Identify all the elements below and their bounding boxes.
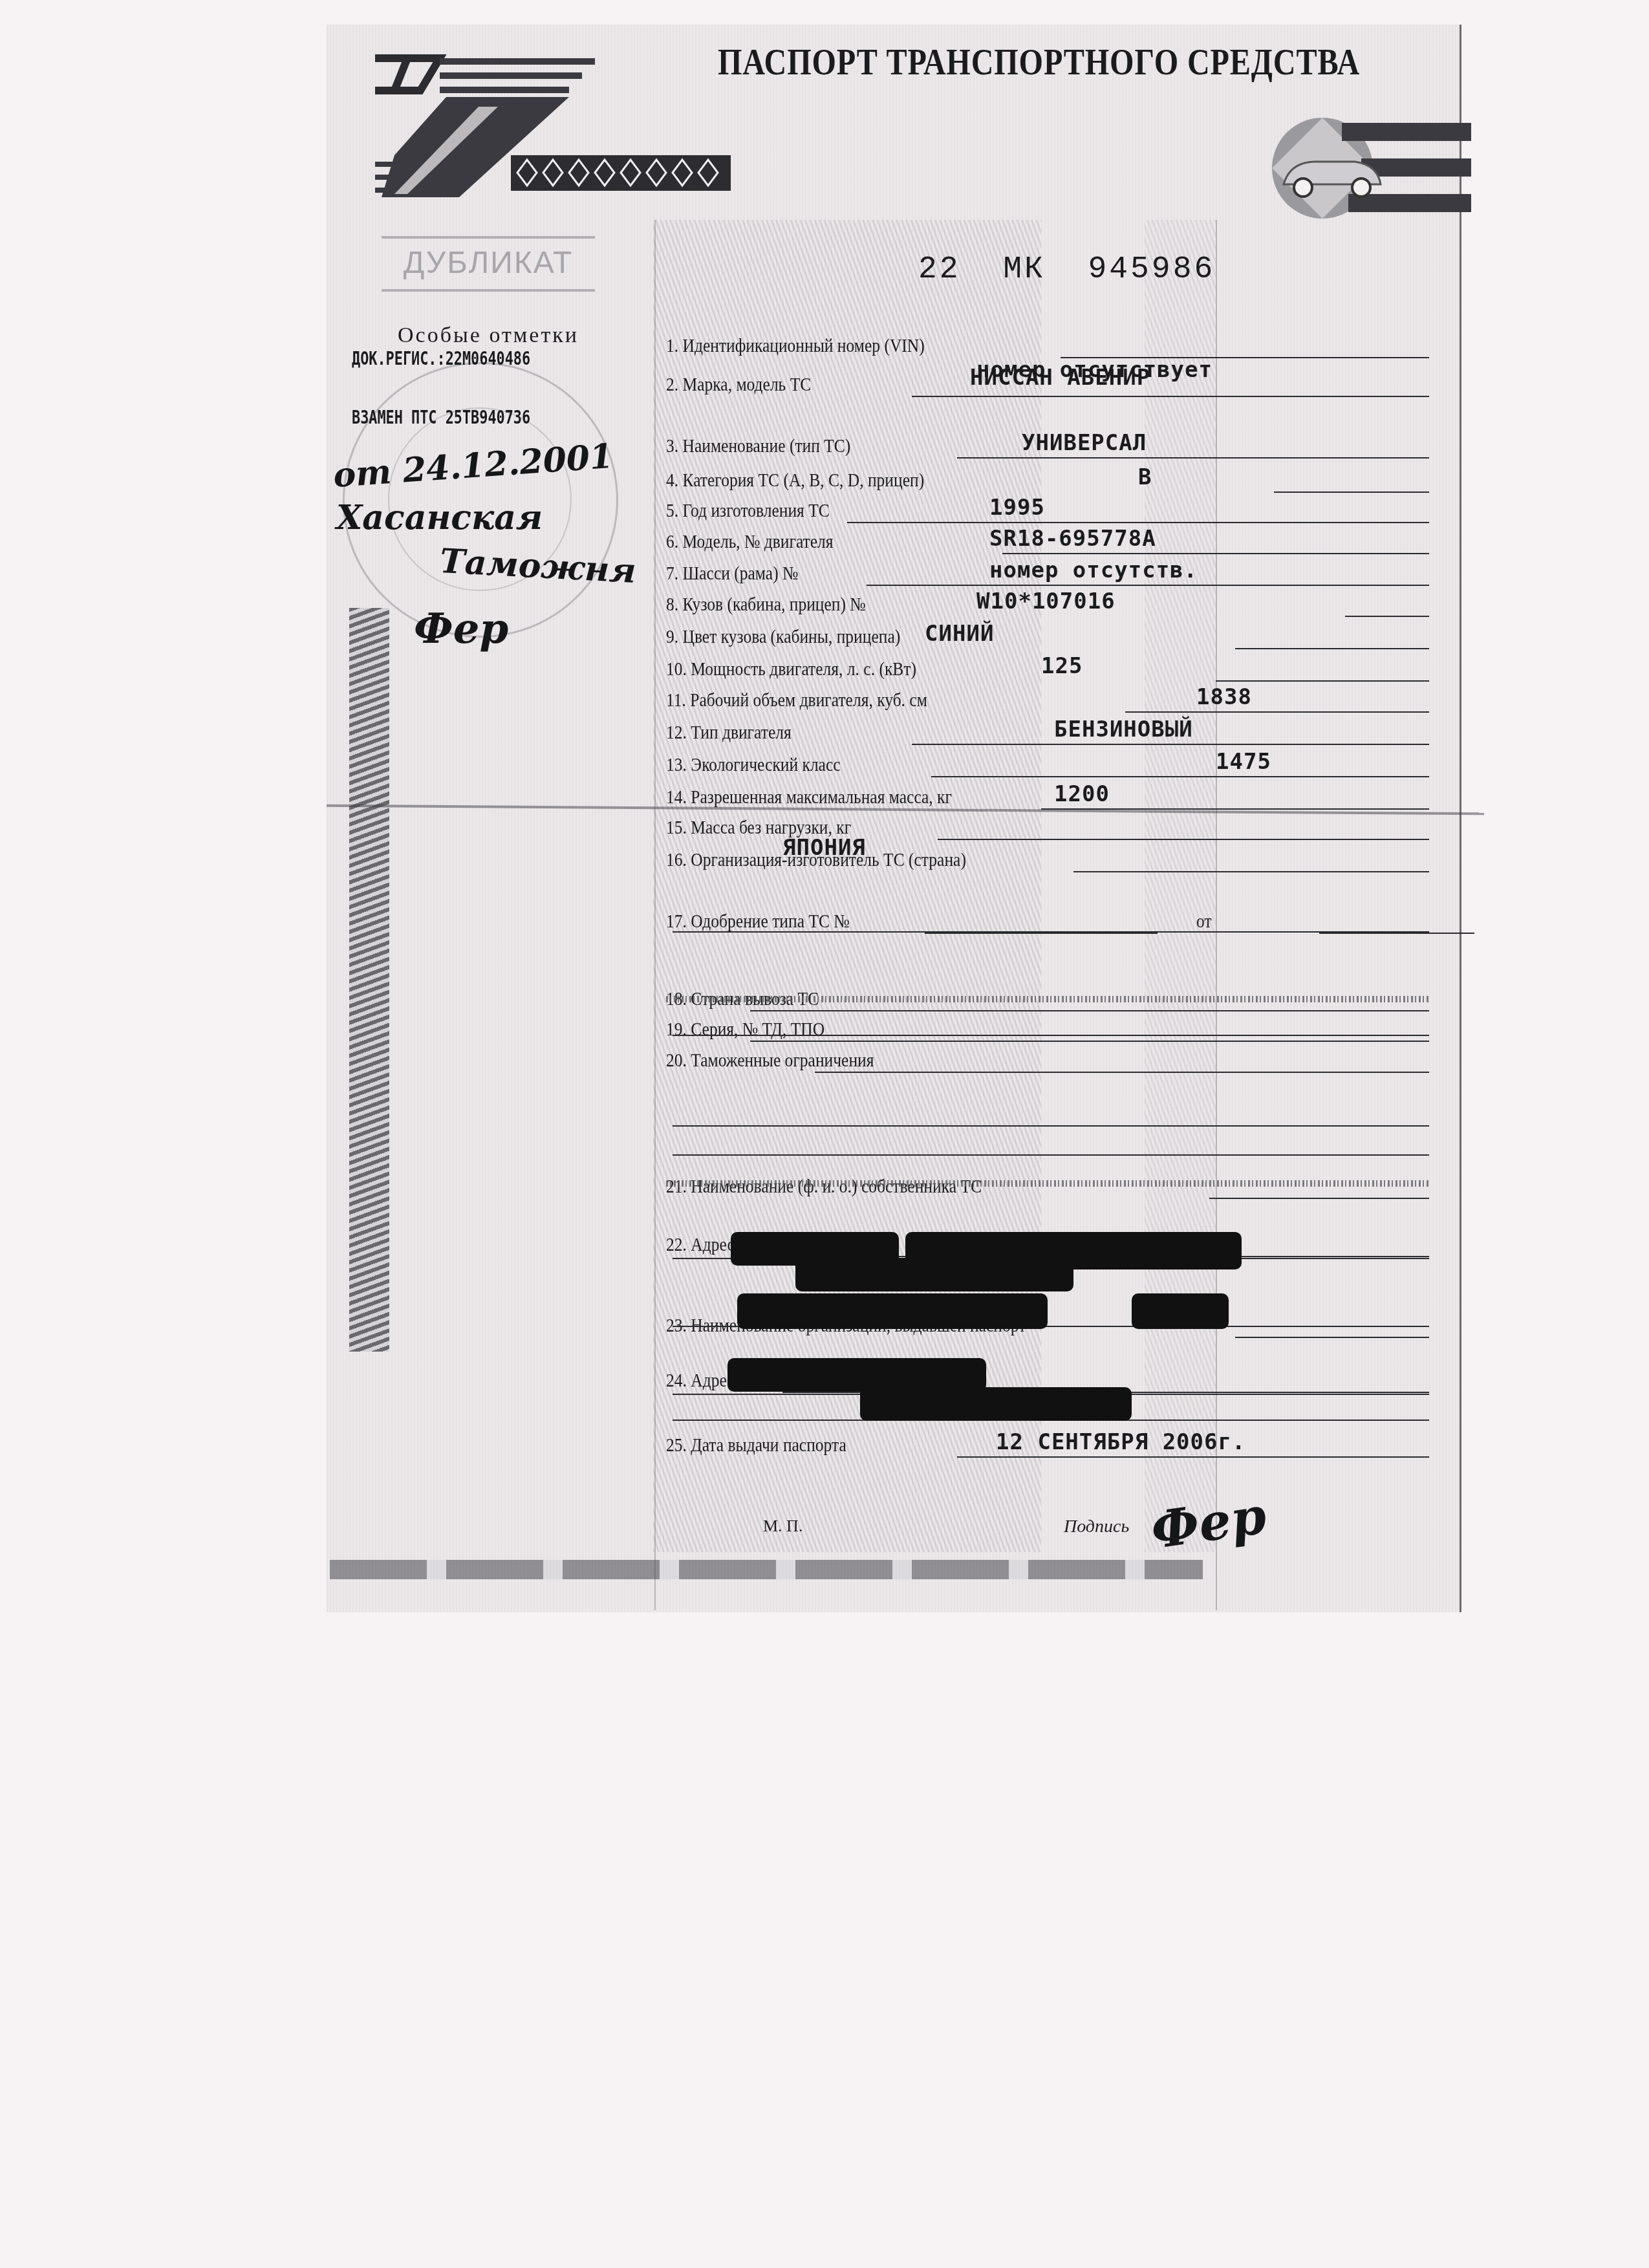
- field-underline: [1125, 711, 1429, 713]
- passport-serial-number: 22 МК 945986: [918, 252, 1215, 287]
- field-label: 24. Адрес: [666, 1370, 735, 1392]
- handwritten-customs-name: Хасанская: [336, 498, 543, 537]
- field-value: 125: [1041, 653, 1083, 679]
- field-underline: [925, 933, 1158, 934]
- field-row-15: 15. Масса без нагрузки, кг: [666, 812, 1429, 843]
- field-row-4: 4. Категория ТС (A, B, C, D, прицеп)B: [666, 464, 1429, 495]
- redaction-block: [931, 1293, 1048, 1329]
- security-pattern-band: [653, 220, 1041, 1552]
- field-value: 1838: [1196, 684, 1252, 710]
- field-underline: [912, 396, 1429, 397]
- field-label: 6. Модель, № двигателя: [666, 532, 834, 553]
- reg-doc-number: ДОК.РЕГИС.:22М0640486: [352, 348, 566, 369]
- field-row-5: 5. Год изготовления ТС1995: [666, 495, 1429, 526]
- field-underline: [1002, 553, 1429, 554]
- field-row-1: 1. Идентификационный номер (VIN)номер от…: [666, 330, 1429, 361]
- field-label: 19. Серия, № ТД, ТПО: [666, 1019, 824, 1041]
- field-underline: [931, 776, 1429, 777]
- field-value: УНИВЕРСАЛ: [1022, 430, 1147, 456]
- field-value: НИССАН АВЕНИР: [970, 365, 1150, 391]
- field-value: SR18-695778A: [989, 526, 1156, 552]
- field-row-13: 13. Экологический класс1475: [666, 749, 1429, 780]
- security-bottom-band: [330, 1560, 1203, 1579]
- field-row-19: 19. Серия, № ТД, ТПО: [666, 1013, 1429, 1044]
- field-value: 1995: [989, 495, 1045, 521]
- field-label: 2. Марка, модель ТС: [666, 374, 811, 396]
- redaction-block: [1132, 1293, 1229, 1329]
- divider-line: [654, 220, 656, 1610]
- field-label: 9. Цвет кузова (кабины, прицепа): [666, 627, 900, 648]
- field-label: 13. Экологический класс: [666, 755, 841, 776]
- redaction-block: [737, 1293, 951, 1329]
- blank-line: [673, 1154, 1429, 1156]
- field-value: номер отсутств.: [989, 557, 1198, 583]
- field-row-9: 9. Цвет кузова (кабины, прицепа)СИНИЙ: [666, 621, 1429, 652]
- field-label: 11. Рабочий объем двигателя, куб. см: [666, 690, 927, 711]
- special-marks-title: Особые отметки: [349, 323, 627, 348]
- field-value: W10*107016: [976, 589, 1115, 614]
- field-row-25: 25. Дата выдачи паспорта12 СЕНТЯБРЯ 2006…: [666, 1429, 1429, 1460]
- field-row-3: 3. Наименование (тип ТС)УНИВЕРСАЛ: [666, 430, 1429, 461]
- document-title: ПАСПОРТ ТРАНСПОРТНОГО СРЕДСТВА: [718, 42, 1360, 83]
- field-label: 17. Одобрение типа ТС №: [666, 911, 850, 933]
- field-underline: [867, 585, 1429, 586]
- blank-line: [673, 1035, 1429, 1036]
- field-underline: [815, 1072, 1429, 1073]
- car-emblem-icon: [1271, 116, 1471, 220]
- field-underline: [1345, 616, 1429, 617]
- field-underline: [1274, 491, 1429, 493]
- field-row-10: 10. Мощность двигателя, л. с. (кВт)125: [666, 653, 1429, 684]
- field-underline: [750, 1010, 1429, 1011]
- field-underline: [1209, 1198, 1429, 1199]
- field-row-20: 20. Таможенные ограничения: [666, 1044, 1429, 1075]
- field-underline: [847, 522, 1429, 523]
- field-value: БЕНЗИНОВЫЙ: [1054, 717, 1193, 742]
- field-underline: [1216, 680, 1429, 682]
- field-label: 5. Год изготовления ТС: [666, 501, 830, 522]
- field-value: ЯПОНИЯ: [782, 835, 866, 861]
- ornamental-divider: [666, 996, 1429, 1002]
- redaction-block: [860, 1387, 1132, 1421]
- handwritten-signature: Фер: [414, 605, 508, 653]
- field-underline: [912, 744, 1429, 745]
- field-label: 20. Таможенные ограничения: [666, 1050, 874, 1072]
- field-label: 7. Шасси (рама) №: [666, 563, 798, 585]
- field-label: 21. Наименование (ф. и. о.) собственника…: [666, 1176, 982, 1198]
- field-value: 12 СЕНТЯБРЯ 2006г.: [996, 1429, 1245, 1455]
- field-row-2: 2. Марка, модель ТСНИССАН АВЕНИР: [666, 369, 1429, 400]
- field-label: 12. Тип двигателя: [666, 722, 792, 744]
- replaced-pts-number: ВЗАМЕН ПТС 25ТВ940736: [352, 407, 566, 428]
- stamp-place-label: М. П.: [763, 1517, 803, 1536]
- field-row-8: 8. Кузов (кабина, прицеп) №W10*107016: [666, 589, 1429, 620]
- field-underline: [1235, 648, 1429, 649]
- field-label: 4. Категория ТС (A, B, C, D, прицеп): [666, 470, 924, 491]
- field-underline: [1073, 871, 1429, 872]
- field-label: 22. Адрес: [666, 1235, 735, 1256]
- field-row-11: 11. Рабочий объем двигателя, куб. см1838: [666, 684, 1429, 715]
- field-value: СИНИЙ: [925, 621, 994, 647]
- field-label: 25. Дата выдачи паспорта: [666, 1435, 846, 1456]
- field-row-7: 7. Шасси (рама) №номер отсутств.: [666, 557, 1429, 589]
- special-marks-section: Особые отметки ДОК.РЕГИС.:22М0640486 ВЗА…: [349, 323, 627, 428]
- ornamental-divider: [666, 1180, 1429, 1187]
- blank-line: [673, 1125, 1429, 1127]
- field-row-6: 6. Модель, № двигателяSR18-695778A: [666, 526, 1429, 557]
- field-row-12: 12. Тип двигателяБЕНЗИНОВЫЙ: [666, 717, 1429, 748]
- redaction-block: [795, 1258, 1073, 1291]
- field-label: 10. Мощность двигателя, л. с. (кВт): [666, 659, 916, 680]
- field-underline: [957, 457, 1429, 459]
- field-value: B: [1138, 464, 1152, 490]
- field-label: 14. Разрешенная максимальная масса, кг: [666, 787, 952, 808]
- duplicate-stamp: ДУБЛИКАТ: [382, 236, 595, 292]
- blank-line: [673, 931, 1429, 933]
- field-label: 8. Кузов (кабина, прицеп) №: [666, 594, 866, 616]
- field-label: 3. Наименование (тип ТС): [666, 436, 850, 457]
- field-suffix: от: [1196, 911, 1212, 933]
- field-underline: [938, 839, 1429, 840]
- field-value: 1200: [1054, 781, 1110, 807]
- field-underline: [957, 1456, 1429, 1458]
- field-row-16: 16. Организация-изготовитель ТС (страна)…: [666, 844, 1429, 875]
- field-label: 1. Идентификационный номер (VIN): [666, 336, 925, 357]
- security-pattern-band: [1145, 220, 1216, 1552]
- field-underline: [750, 1041, 1429, 1042]
- field-underline: [1235, 1337, 1429, 1338]
- signature-label: Подпись: [1064, 1517, 1129, 1537]
- security-stripe: [349, 608, 389, 1352]
- field-value: 1475: [1216, 749, 1271, 775]
